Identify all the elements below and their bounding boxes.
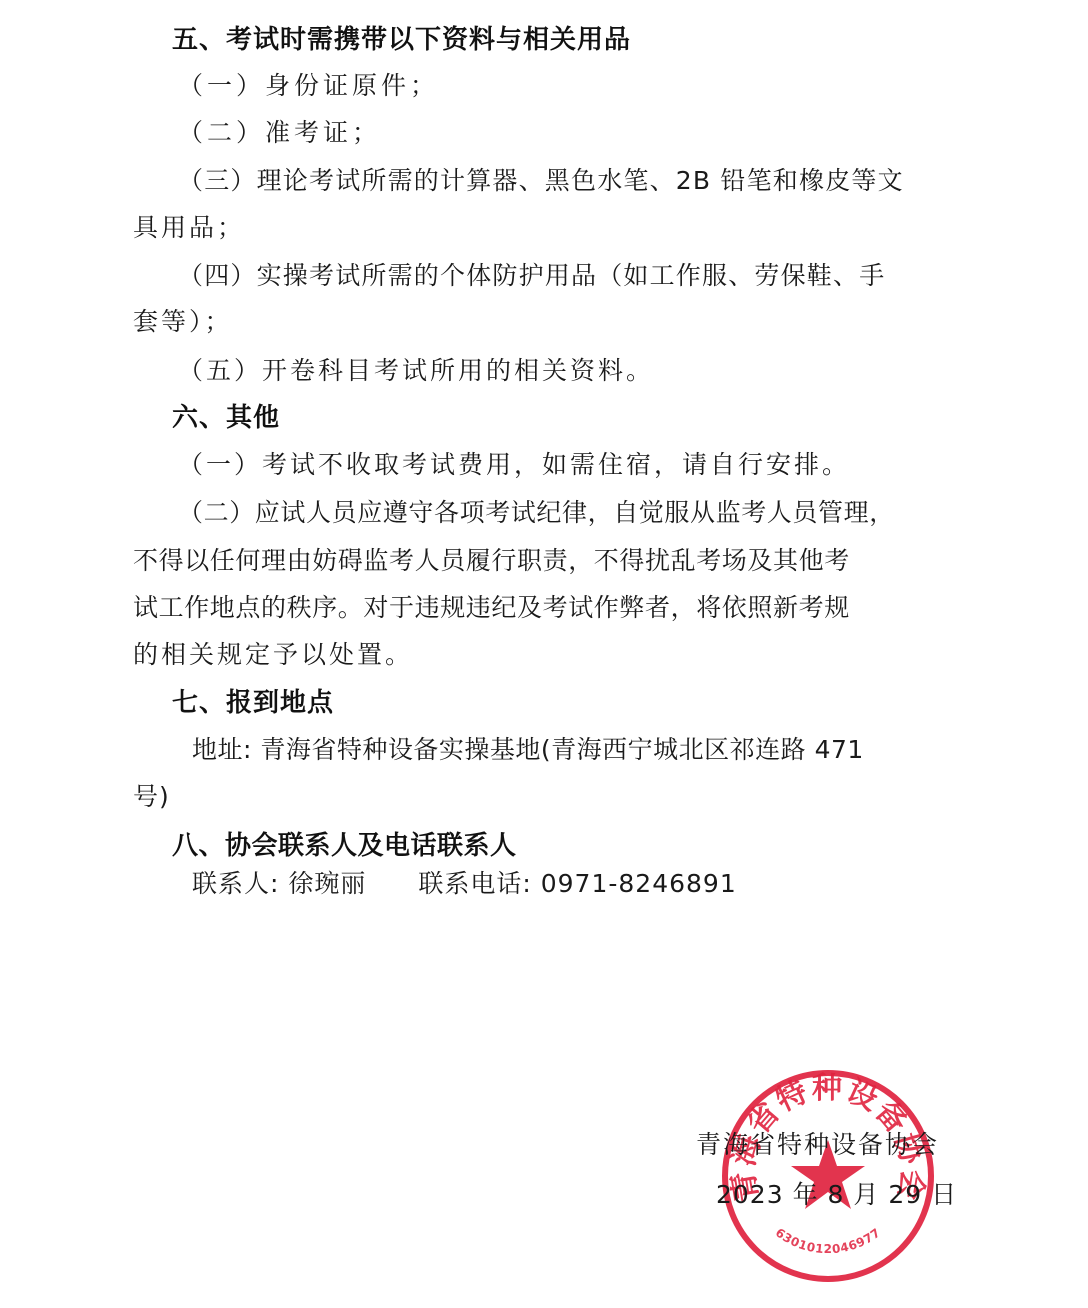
section-6-line-2: （二）应试人员应遵守各项考试纪律，自觉服从监考人员管理， — [178, 498, 895, 528]
stamp-code: 6301012046977 — [773, 1225, 883, 1256]
section-6-line-3: 不得以任何理由妨碍监考人员履行职责，不得扰乱考场及其他考 — [133, 546, 850, 576]
signature-organization: 青海省特种设备协会 — [696, 1130, 939, 1160]
section-5-line-1: （一）身份证原件； — [178, 71, 439, 101]
signature-date: 2023 年 8 月 29 日 — [716, 1180, 957, 1210]
address-line-1: 地址: 青海省特种设备实操基地(青海西宁城北区祁连路 471 — [192, 735, 864, 765]
section-6-line-5: 的相关规定予以处置。 — [133, 640, 413, 670]
official-seal-stamp: 青海省特种设备协会 6301012046977 — [720, 1068, 936, 1284]
section-5-line-4: 具用品； — [133, 213, 245, 243]
section-heading-6: 六、其他 — [172, 403, 280, 433]
section-5-line-5: （四）实操考试所需的个体防护用品（如工作服、劳保鞋、手 — [178, 261, 885, 291]
svg-text:6301012046977: 6301012046977 — [773, 1225, 883, 1256]
section-5-line-6: 套等）； — [133, 307, 233, 337]
section-heading-8: 八、协会联系人及电话联系人 — [172, 831, 517, 861]
section-5-line-7: （五）开卷科目考试所用的相关资料。 — [178, 356, 654, 386]
section-5-line-3: （三）理论考试所需的计算器、黑色水笔、2B 铅笔和橡皮等文 — [178, 166, 904, 196]
section-6-line-4: 试工作地点的秩序。对于违规违纪及考试作弊者，将依照新考规 — [133, 593, 850, 623]
section-heading-5: 五、考试时需携带以下资料与相关用品 — [172, 25, 631, 55]
section-5-line-2: （二）准考证； — [178, 118, 381, 148]
section-6-line-1: （一）考试不收取考试费用，如需住宿，请自行安排。 — [178, 450, 850, 480]
document-page: 五、考试时需携带以下资料与相关用品 （一）身份证原件； （二）准考证； （三）理… — [0, 0, 1088, 1308]
section-heading-7: 七、报到地点 — [172, 688, 334, 718]
contact-line: 联系人: 徐琬丽 联系电话: 0971-8246891 — [192, 869, 737, 899]
address-line-2: 号) — [133, 782, 170, 812]
